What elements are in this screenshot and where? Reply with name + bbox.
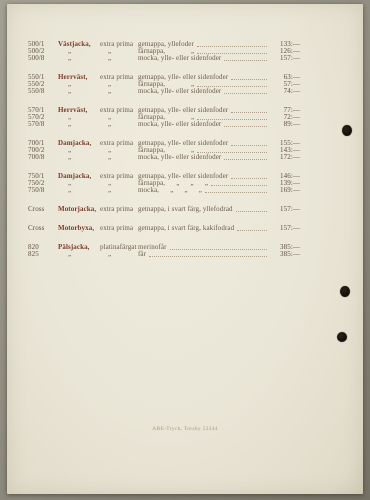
item-name: Pälsjacka, [58, 244, 100, 251]
item-price: 89:— [270, 121, 300, 128]
item-description: getnappa, i svart färg, yllefodrad [138, 206, 233, 213]
item-price: 169:— [270, 187, 300, 194]
item-name: Herrväst, [58, 107, 100, 114]
dotted-leader [231, 75, 267, 80]
table-row: 550/8 „ „ mocka, ylle- eller sidenfoder … [28, 88, 300, 95]
item-number: Cross [28, 225, 58, 232]
punch-hole [337, 332, 347, 342]
item-quality: „ [100, 114, 138, 121]
item-name: „ [58, 48, 100, 55]
dotted-leader [205, 188, 267, 193]
dotted-leader [170, 245, 268, 250]
item-name: „ [58, 251, 100, 258]
item-description: getnappa, i svart färg, kakifodrad [138, 225, 234, 232]
dotted-leader [149, 252, 267, 257]
item-quality: „ [100, 55, 138, 62]
item-price: 74:— [270, 88, 300, 95]
item-name: „ [58, 55, 100, 62]
punch-hole [342, 125, 352, 136]
item-price: 385:— [270, 251, 300, 258]
table-row: Cross Motorjacka, extra prima getnappa, … [28, 206, 300, 213]
item-description: mocka, ylle- eller sidenfoder [138, 55, 221, 62]
dotted-leader [236, 207, 267, 212]
item-price: 157:— [270, 225, 300, 232]
item-quality: extra prima [100, 74, 138, 81]
dotted-leader [224, 122, 267, 127]
item-name: „ [58, 147, 100, 154]
table-row: 750/8 „ „ mocka, „ „ „ 169:— [28, 187, 300, 194]
item-price: 157:— [270, 206, 300, 213]
table-row: 570/8 „ „ mocka, ylle- eller sidenfoder … [28, 121, 300, 128]
dotted-leader [224, 89, 267, 94]
item-name: Motorjacka, [58, 206, 100, 213]
item-quality: extra prima [100, 173, 138, 180]
table-row: Cross Motorbyxa, extra prima getnappa, i… [28, 225, 300, 232]
item-number: 550/8 [28, 88, 58, 95]
table-row: 500/8 „ „ mocka, ylle- eller sidenfoder … [28, 55, 300, 62]
item-name: „ [58, 81, 100, 88]
item-name: „ [58, 154, 100, 161]
dotted-leader [211, 181, 267, 186]
printer-imprint: ABE-Tryck, Torsby 52344 [7, 426, 363, 432]
item-description: mocka, ylle- eller sidenfoder [138, 121, 221, 128]
item-quality: extra prima [100, 107, 138, 114]
item-description: får [138, 251, 146, 258]
item-quality: „ [100, 154, 138, 161]
item-quality: extra prima [100, 41, 138, 48]
item-name: Damjacka, [58, 140, 100, 147]
item-name: „ [58, 187, 100, 194]
item-quality: extra prima [100, 206, 138, 213]
item-name: „ [58, 88, 100, 95]
table-row: 825 „ „ får 385:— [28, 251, 300, 258]
item-number: 825 [28, 251, 58, 258]
item-quality: „ [100, 121, 138, 128]
item-quality: „ [100, 88, 138, 95]
item-description: mocka, ylle- eller sidenfoder [138, 154, 221, 161]
item-quality: „ [100, 81, 138, 88]
price-rows: 500/1 Västjacka, extra prima getnappa, y… [28, 41, 300, 258]
scan-background: 500/1 Västjacka, extra prima getnappa, y… [0, 0, 370, 500]
item-quality: „ [100, 147, 138, 154]
item-quality: „ [100, 251, 138, 258]
item-price: 172:— [270, 154, 300, 161]
dotted-leader [224, 56, 267, 61]
dotted-leader [231, 174, 267, 179]
item-quality: „ [100, 187, 138, 194]
item-name: Herrväst, [58, 74, 100, 81]
item-name: Damjacka, [58, 173, 100, 180]
item-number: 700/8 [28, 154, 58, 161]
item-name: Västjacka, [58, 41, 100, 48]
item-name: „ [58, 180, 100, 187]
item-quality: „ [100, 180, 138, 187]
dotted-leader [231, 141, 267, 146]
dotted-leader [237, 226, 267, 231]
item-name: „ [58, 114, 100, 121]
item-price: 157:— [270, 55, 300, 62]
item-quality: extra prima [100, 140, 138, 147]
item-description: mocka, ylle- eller sidenfoder [138, 88, 221, 95]
dotted-leader [197, 42, 267, 47]
item-name: „ [58, 121, 100, 128]
item-number: 570/8 [28, 121, 58, 128]
item-quality: extra prima [100, 225, 138, 232]
item-name: Motorbyxa, [58, 225, 100, 232]
dotted-leader [224, 155, 267, 160]
item-quality: „ [100, 48, 138, 55]
dotted-leader [231, 108, 267, 113]
table-row: 700/8 „ „ mocka, ylle- eller sidenfoder … [28, 154, 300, 161]
punch-hole [340, 286, 350, 297]
item-number: 500/8 [28, 55, 58, 62]
item-number: Cross [28, 206, 58, 213]
document-page: 500/1 Västjacka, extra prima getnappa, y… [7, 4, 363, 494]
item-quality: platinafärgat [100, 244, 138, 251]
item-number: 750/8 [28, 187, 58, 194]
item-description: mocka, „ „ „ [138, 187, 202, 194]
